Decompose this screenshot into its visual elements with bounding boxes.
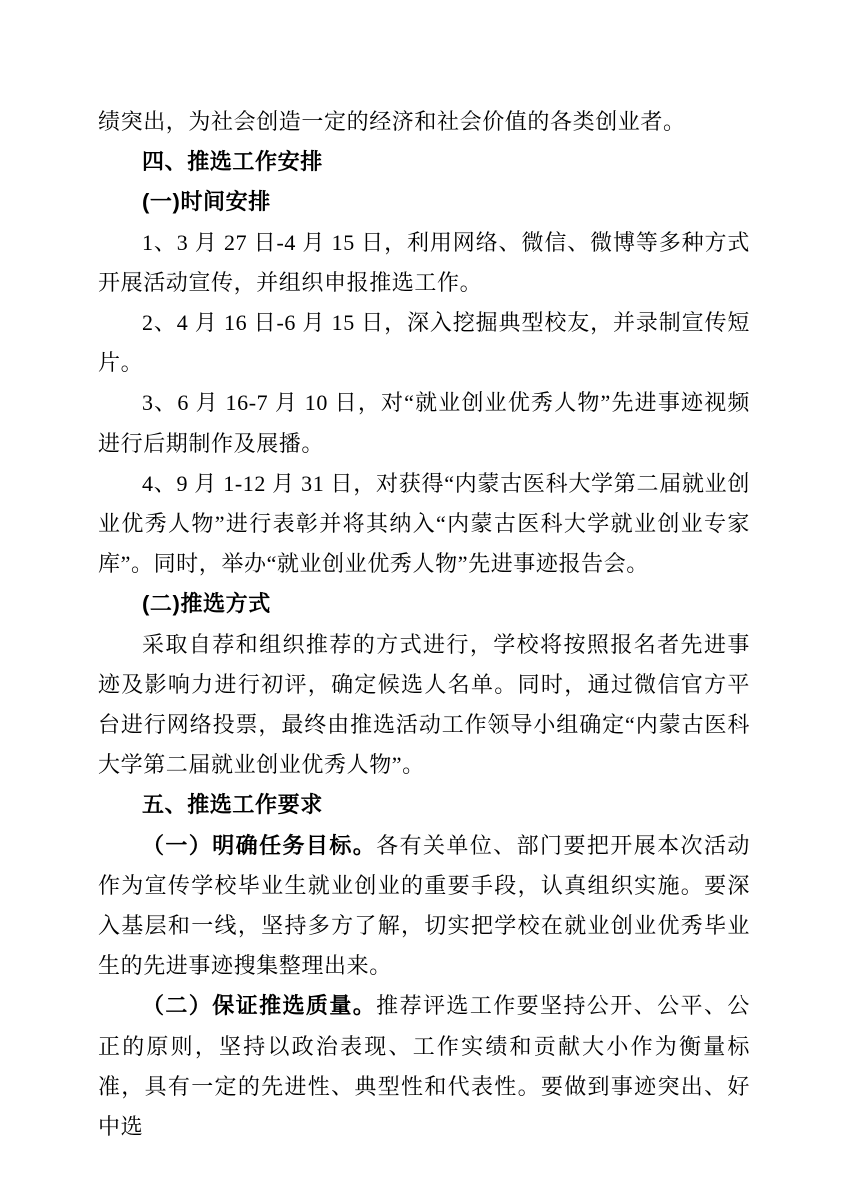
section-heading: (二)推选方式 [98,584,750,624]
paragraph-text: 4、9 月 1-12 月 31 日，对获得“内蒙古医科大学第二届就业创业优秀人物… [98,471,750,576]
paragraph: 3、6 月 16-7 月 10 日，对“就业创业优秀人物”先进事迹视频进行后期制… [98,383,750,463]
paragraph-text: 1、3 月 27 日-4 月 15 日，利用网络、微信、微博等多种方式开展活动宣… [98,230,750,295]
paragraph-text: (一)时间安排 [142,189,271,214]
section-heading: 四、推选工作安排 [98,142,750,182]
paragraph: 绩突出，为社会创造一定的经济和社会价值的各类创业者。 [98,102,750,142]
paragraph-text: 绩突出，为社会创造一定的经济和社会价值的各类创业者。 [98,109,686,134]
paragraph: 采取自荐和组织推荐的方式进行，学校将按照报名者先进事迹及影响力进行初评，确定候选… [98,625,750,786]
paragraph: 4、9 月 1-12 月 31 日，对获得“内蒙古医科大学第二届就业创业优秀人物… [98,464,750,585]
paragraph-text: 五、推选工作要求 [142,792,323,817]
paragraph-text: 3、6 月 16-7 月 10 日，对“就业创业优秀人物”先进事迹视频进行后期制… [98,390,750,455]
paragraph-text: 2、4 月 16 日-6 月 15 日，深入挖掘典型校友，并录制宣传短片。 [98,310,750,375]
paragraph: 2、4 月 16 日-6 月 15 日，深入挖掘典型校友，并录制宣传短片。 [98,303,750,383]
paragraph: 1、3 月 27 日-4 月 15 日，利用网络、微信、微博等多种方式开展活动宣… [98,223,750,303]
paragraph-text: 四、推选工作安排 [142,149,323,174]
paragraph: （二）保证推选质量。推荐评选工作要坚持公开、公平、公正的原则，坚持以政治表现、工… [98,986,750,1147]
paragraph-text: 采取自荐和组织推荐的方式进行，学校将按照报名者先进事迹及影响力进行初评，确定候选… [98,632,750,778]
paragraph-bold-lead: （二）保证推选质量。 [142,993,376,1018]
section-heading: (一)时间安排 [98,182,750,222]
paragraph-bold-lead: （一）明确任务目标。 [142,833,376,858]
paragraph-text: (二)推选方式 [142,591,271,616]
paragraph: （一）明确任务目标。各有关单位、部门要把开展本次活动作为宣传学校毕业生就业创业的… [98,826,750,987]
section-heading: 五、推选工作要求 [98,785,750,825]
document-page: 绩突出，为社会创造一定的经济和社会价值的各类创业者。四、推选工作安排(一)时间安… [0,0,850,1202]
document-body: 绩突出，为社会创造一定的经济和社会价值的各类创业者。四、推选工作安排(一)时间安… [98,102,750,1147]
